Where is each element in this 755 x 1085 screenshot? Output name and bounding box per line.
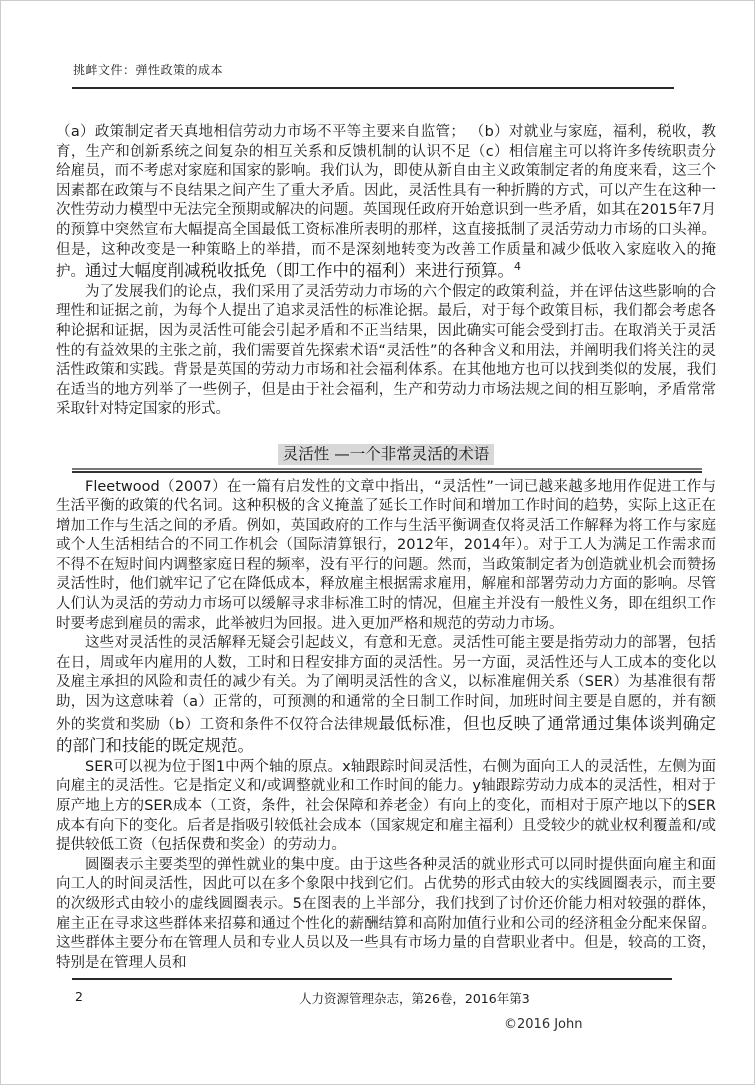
text-run: （a）政策制定者天真地相信劳动力市场不平等主要来自监管； （b）对就业与家庭，福… <box>56 124 716 280</box>
section-heading-wrap: 灵活性 —一个非常灵活的术语 <box>56 444 716 466</box>
paragraph: SER可以视为位于图1中两个轴的原点。x轴跟踪时间灵活性，右侧为面向工人的灵活性… <box>56 758 716 856</box>
text-run: SER可以视为位于图1中两个轴的原点。x轴跟踪时间灵活性，右侧为面向工人的灵活性… <box>56 759 716 853</box>
section-divider <box>72 468 702 473</box>
footnote-marker: 4 <box>514 260 521 273</box>
text-run: Fleetwood（2007）在一篇有启发性的文章中指出，“灵活性”一词已越来越… <box>56 479 716 632</box>
text-run: 通过大幅度削减税收抵免（即工作中的福利）来进行预算。 <box>85 261 514 280</box>
page-number: 2 <box>75 989 83 1004</box>
header-rule <box>72 87 674 89</box>
paragraph: 圆圈表示主要类型的弹性就业的集中度。由于这些各种灵活的就业形式可以同时提供面向雇… <box>56 856 716 974</box>
document-page: 挑衅文件：弹性政策的成本 （a）政策制定者天真地相信劳动力市场不平等主要来自监管… <box>0 0 755 1085</box>
running-header: 挑衅文件：弹性政策的成本 <box>73 61 223 78</box>
paragraph: Fleetwood（2007）在一篇有启发性的文章中指出，“灵活性”一词已越来越… <box>56 478 716 635</box>
paragraph: 为了发展我们的论点，我们采用了灵活劳动力市场的六个假定的政策利益，并在评估这些影… <box>56 283 716 420</box>
section-heading: 灵活性 —一个非常灵活的术语 <box>278 444 494 465</box>
copyright-notice: ©2016 John <box>504 1017 582 1032</box>
article-body: （a）政策制定者天真地相信劳动力市场不平等主要来自监管； （b）对就业与家庭，福… <box>56 123 716 973</box>
paragraph: 这些对灵活性的灵活解释无疑会引起歧义，有意和无意。灵活性可能主要是指劳动力的部署… <box>56 634 716 758</box>
journal-line: 人力资源管理杂志，第26卷，2016年第3 <box>299 989 530 1007</box>
text-run: 为了发展我们的论点，我们采用了灵活劳动力市场的六个假定的政策利益，并在评估这些影… <box>56 284 716 418</box>
paragraph: （a）政策制定者天真地相信劳动力市场不平等主要来自监管； （b）对就业与家庭，福… <box>56 123 716 283</box>
footer-rule <box>72 978 672 980</box>
text-run: 圆圈表示主要类型的弹性就业的集中度。由于这些各种灵活的就业形式可以同时提供面向雇… <box>56 857 716 971</box>
